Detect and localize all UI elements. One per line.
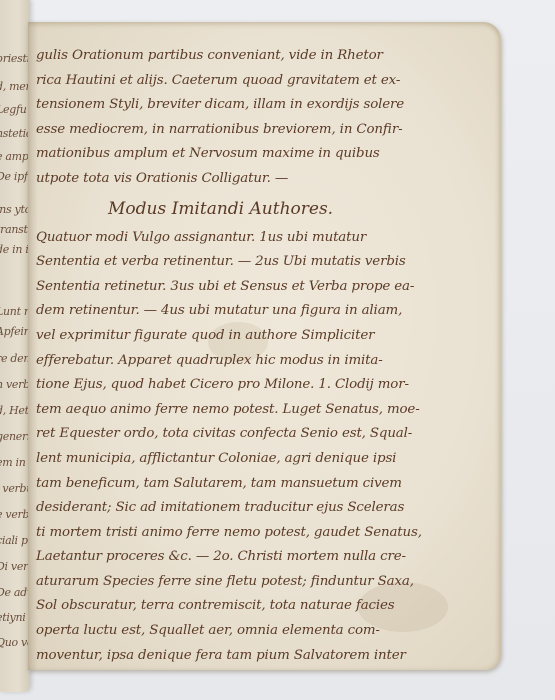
text-line: lent municipia, afflictantur Coloniae, a… bbox=[36, 447, 476, 472]
left-page-fragment: i verbum bbox=[0, 482, 30, 495]
left-page-fragment: de in ipf bbox=[0, 243, 30, 256]
text-line: ret Equester ordo, tota civitas confecta… bbox=[36, 422, 476, 447]
left-page-fragment: nstetio in bbox=[0, 127, 30, 140]
left-page-fragment: etiyni bbox=[0, 611, 25, 624]
left-page-fragment: Quo verb bbox=[0, 636, 30, 649]
text-line: Laetantur proceres &c. — 2o. Christi mor… bbox=[36, 545, 476, 570]
text-line: tione Ejus, quod habet Cicero pro Milone… bbox=[36, 373, 476, 398]
text-line: Quatuor modi Vulgo assignantur. 1us ubi … bbox=[36, 226, 476, 251]
left-page-fragment: e verbum bbox=[0, 508, 30, 521]
left-page-fragment: n verbis bbox=[0, 378, 30, 391]
text-line: tam beneficum, tam Salutarem, tam mansue… bbox=[36, 472, 476, 497]
left-page-fragment: ciali pu bbox=[0, 534, 30, 547]
text-line: operta luctu est, Squallet aer, omnia el… bbox=[36, 619, 476, 644]
left-page-fragment: d, Hetu bbox=[0, 404, 30, 417]
text-line: ti mortem tristi animo ferre nemo potest… bbox=[36, 521, 476, 546]
text-line: mationibus amplum et Nervosum maxime in … bbox=[36, 142, 476, 167]
text-line: aturarum Species ferre sine fletu potest… bbox=[36, 570, 476, 595]
text-line: rica Hautini et alijs. Caeterum quoad gr… bbox=[36, 69, 476, 94]
left-page-fragment: e ampli bbox=[0, 150, 30, 163]
manuscript-page: gulis Orationum partibus conveniant, vid… bbox=[28, 22, 501, 670]
text-line: gulis Orationum partibus conveniant, vid… bbox=[36, 44, 476, 69]
text-line: tensionem Styli, breviter dicam, illam i… bbox=[36, 93, 476, 118]
text-line: efferebatur. Apparet quadruplex hic modu… bbox=[36, 349, 476, 374]
left-page-fragment: transtht bbox=[0, 223, 30, 236]
text-line: moventur, ipsa denique fera tam pium Sal… bbox=[36, 644, 476, 669]
left-page-fragment: d, mente bbox=[0, 80, 30, 93]
left-page-fragment: Legfu bbox=[0, 103, 27, 116]
text-line: Sententia et verba retinentur. — 2us Ubi… bbox=[36, 250, 476, 275]
left-page-fragment: Apfeir bbox=[0, 325, 29, 338]
left-page-fragment: re demo bbox=[0, 352, 30, 365]
text-line: vel exprimitur figurate quod in authore … bbox=[36, 324, 476, 349]
left-page-fragment: De adveri bbox=[0, 586, 30, 599]
text-line: desiderant; Sic ad imitationem traducitu… bbox=[36, 496, 476, 521]
left-facing-page: briestiny d, mente Legfu nstetio in e am… bbox=[0, 0, 30, 692]
left-page-fragment: generi bbox=[0, 430, 30, 443]
left-page-fragment: Di verbe bbox=[0, 560, 30, 573]
left-page-fragment: em in pr bbox=[0, 456, 30, 469]
text-line: Sententia retinetur. 3us ubi et Sensus e… bbox=[36, 275, 476, 300]
text-line: esse mediocrem, in narrationibus brevior… bbox=[36, 118, 476, 143]
text-line: tem aequo animo ferre nemo potest. Luget… bbox=[36, 398, 476, 423]
text-line: utpote tota vis Orationis Colligatur. — bbox=[36, 167, 476, 192]
left-page-fragment: Lunt mu bbox=[0, 305, 30, 318]
manuscript-text: gulis Orationum partibus conveniant, vid… bbox=[36, 44, 476, 668]
section-heading: Modus Imitandi Authores. bbox=[36, 192, 476, 226]
left-page-fragment: ins ytc bbox=[0, 203, 30, 216]
left-page-fragment: De ipfor bbox=[0, 170, 30, 183]
text-line: Sol obscuratur, terra contremiscit, tota… bbox=[36, 594, 476, 619]
text-line: dem retinentur. — 4us ubi mutatur una fi… bbox=[36, 299, 476, 324]
left-page-fragment: briestiny bbox=[0, 52, 30, 65]
